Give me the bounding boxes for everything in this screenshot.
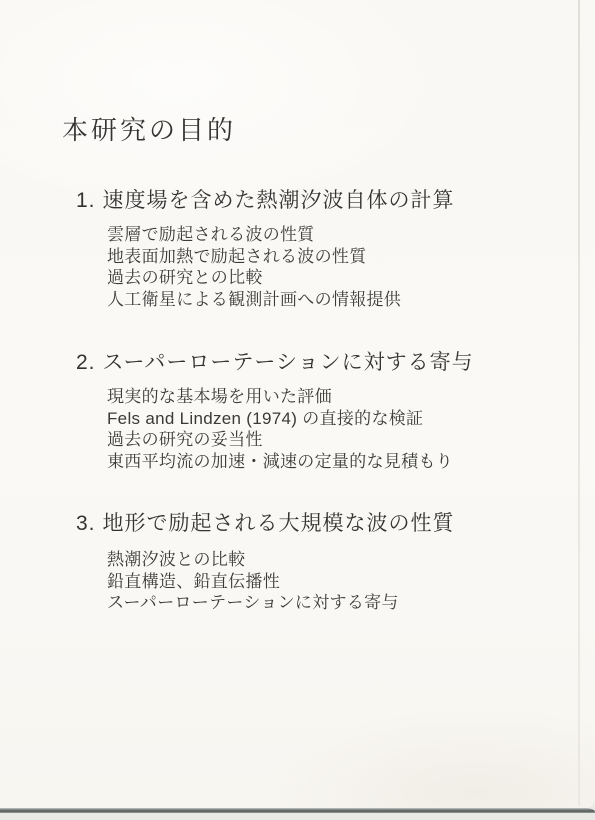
list-item: 過去の研究との比較 [107,267,401,289]
section-3-heading: 3.地形で励起される大規模な波の性質 [76,507,455,537]
list-item: 雲層で励起される波の性質 [107,224,401,246]
scan-bottom-edge [0,808,595,813]
section-2-items: 現実的な基本場を用いた評価 Fels and Lindzen (1974) の直… [107,386,453,472]
section-2-number: 2. [76,351,96,374]
list-item: スーパーローテーションに対する寄与 [107,592,399,614]
list-item: Fels and Lindzen (1974) の直接的な検証 [107,408,453,430]
list-item: 熱潮汐波との比較 [107,549,399,571]
list-item: 地表面加熱で励起される波の性質 [107,246,401,268]
section-1-items: 雲層で励起される波の性質 地表面加熱で励起される波の性質 過去の研究との比較 人… [107,224,401,310]
paper-crease-line [578,0,580,806]
page-title: 本研究の目的 [62,110,236,147]
list-item: 過去の研究の妥当性 [107,429,453,451]
section-3-items: 熱潮汐波との比較 鉛直構造、鉛直伝播性 スーパーローテーションに対する寄与 [107,549,399,614]
list-item: 現実的な基本場を用いた評価 [107,386,453,408]
scanned-document: 本研究の目的 1.速度場を含めた熱潮汐波自体の計算 雲層で励起される波の性質 地… [0,0,595,820]
section-2-heading-text: スーパーローテーションに対する寄与 [103,351,474,374]
section-1-heading-text: 速度場を含めた熱潮汐波自体の計算 [103,189,455,212]
section-2-heading: 2.スーパーローテーションに対する寄与 [76,346,474,376]
section-3-heading-text: 地形で励起される大規模な波の性質 [103,512,455,535]
section-3-number: 3. [76,512,96,535]
list-item: 鉛直構造、鉛直伝播性 [107,571,399,593]
section-1-heading: 1.速度場を含めた熱潮汐波自体の計算 [76,184,455,214]
list-item: 人工衛星による観測計画への情報提供 [107,289,401,311]
section-1-number: 1. [76,189,96,212]
list-item: 東西平均流の加速・減速の定量的な見積もり [107,451,453,473]
paper-sheet: 本研究の目的 1.速度場を含めた熱潮汐波自体の計算 雲層で励起される波の性質 地… [0,0,595,809]
